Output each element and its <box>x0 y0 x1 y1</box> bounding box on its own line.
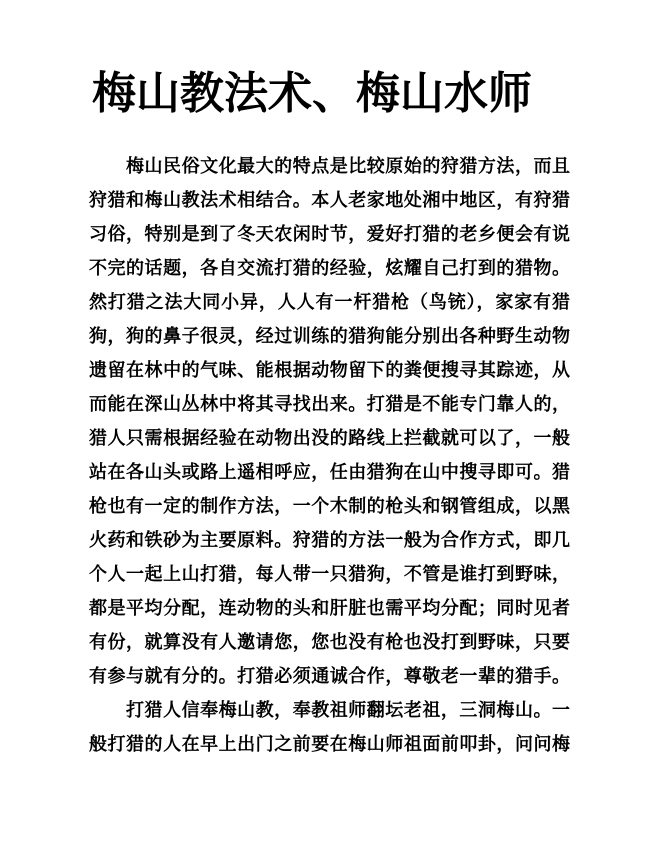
document-body: 梅山民俗文化最大的特点是比较原始的狩猎方法，而且 狩猎和梅山教法术相结合。本人老… <box>89 149 570 761</box>
text-line: 习俗，特别是到了冬天农闲时节，爱好打猎的老乡便会有说 <box>89 217 570 251</box>
text-line: 打猎人信奉梅山教，奉教祖师翻坛老祖，三洞梅山。一 <box>89 693 570 727</box>
text-line: 般打猎的人在早上出门之前要在梅山师祖面前叩卦，问问梅 <box>89 727 570 761</box>
text-line: 狩猎和梅山教法术相结合。本人老家地处湘中地区，有狩猎 <box>89 183 570 217</box>
text-line: 然打猎之法大同小异，人人有一杆猎枪（鸟铳），家家有猎 <box>89 285 570 319</box>
text-line: 都是平均分配，连动物的头和肝脏也需平均分配；同时见者 <box>89 591 570 625</box>
text-line: 站在各山头或路上遥相呼应，任由猎狗在山中搜寻即可。猎 <box>89 455 570 489</box>
text-line: 不完的话题，各自交流打猎的经验，炫耀自己打到的猎物。 <box>89 251 570 285</box>
paragraph-1: 梅山民俗文化最大的特点是比较原始的狩猎方法，而且 狩猎和梅山教法术相结合。本人老… <box>89 149 570 693</box>
text-line: 狗，狗的鼻子很灵，经过训练的猎狗能分别出各种野生动物 <box>89 319 570 353</box>
text-line: 而能在深山丛林中将其寻找出来。打猎是不能专门靠人的， <box>89 387 570 421</box>
text-line: 遗留在林中的气味、能根据动物留下的粪便搜寻其踪迹，从 <box>89 353 570 387</box>
text-line: 有份，就算没有人邀请您，您也没有枪也没打到野味，只要 <box>89 625 570 659</box>
paragraph-2: 打猎人信奉梅山教，奉教祖师翻坛老祖，三洞梅山。一 般打猎的人在早上出门之前要在梅… <box>89 693 570 761</box>
text-line: 火药和铁砂为主要原料。狩猎的方法一般为合作方式，即几 <box>89 523 570 557</box>
text-line: 梅山民俗文化最大的特点是比较原始的狩猎方法，而且 <box>89 149 570 183</box>
text-line: 猎人只需根据经验在动物出没的路线上拦截就可以了，一般 <box>89 421 570 455</box>
document-title: 梅山教法术、梅山水师 <box>92 66 532 122</box>
text-line: 有参与就有分的。打猎必须通诚合作，尊敬老一辈的猎手。 <box>89 659 570 693</box>
text-line: 枪也有一定的制作方法，一个木制的枪头和钢管组成，以黑 <box>89 489 570 523</box>
document-page: 梅山教法术、梅山水师 梅山民俗文化最大的特点是比较原始的狩猎方法，而且 狩猎和梅… <box>0 0 664 861</box>
text-line: 个人一起上山打猎，每人带一只猎狗，不管是谁打到野味， <box>89 557 570 591</box>
